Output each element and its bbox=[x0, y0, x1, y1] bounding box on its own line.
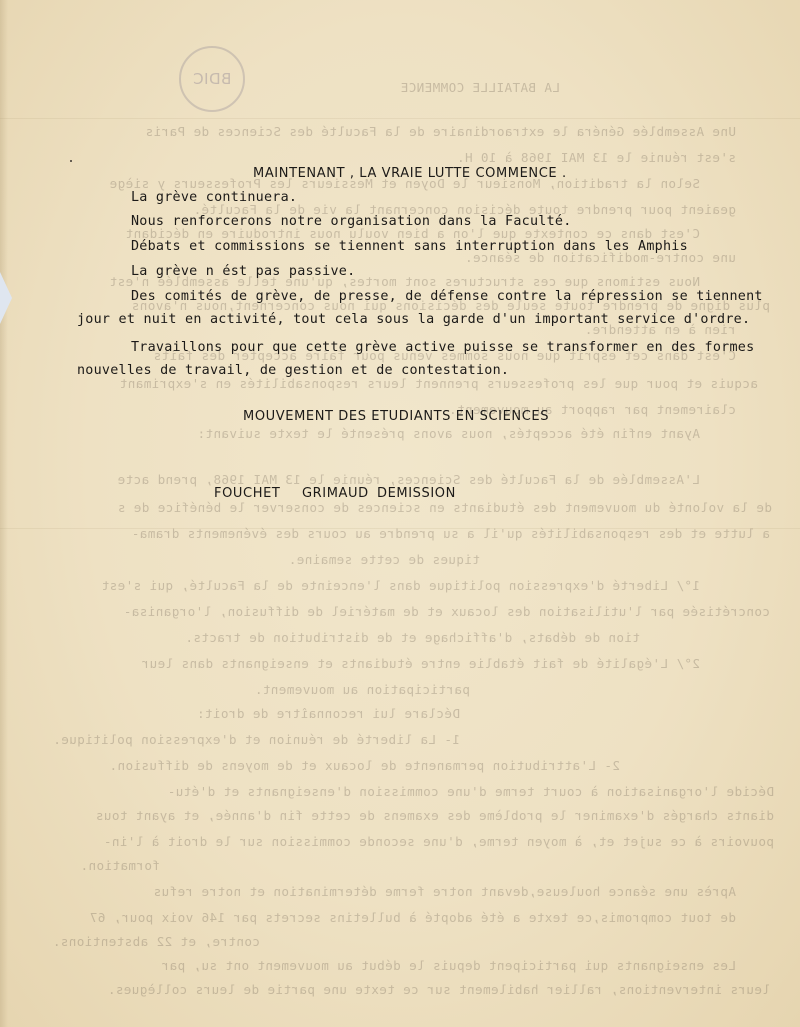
paper-crease bbox=[0, 118, 800, 119]
bleed-line: 2°/ L'égalité de fait établie entre étud… bbox=[141, 656, 700, 671]
bleed-line: tiques de cette semaine. bbox=[288, 552, 480, 567]
document-title: MAINTENANT , LA VRAIE LUTTE COMMENCE . bbox=[253, 166, 567, 181]
bleed-line: contre, et 22 abstentions. bbox=[52, 934, 260, 949]
paragraph: Nous renforcerons notre organisation dan… bbox=[131, 214, 572, 229]
bleed-line: 1- La liberté de réunion et d'expression… bbox=[53, 732, 460, 747]
bleed-line: de la volonté du mouvement des étudiants… bbox=[117, 500, 772, 515]
bleed-line: Les enseignants qui participent depuis l… bbox=[161, 958, 736, 973]
bleed-line: 1°/ Liberté d'expression politique dans … bbox=[101, 578, 700, 593]
bdic-stamp-icon: BDIC bbox=[179, 46, 245, 112]
bleed-line: pouvoirs à ce sujet et, à moyen terme, d… bbox=[104, 834, 775, 849]
paragraph: Des comités de grève, de presse, de défe… bbox=[131, 289, 763, 304]
bleed-line: tion de débats, d'affichage et de distri… bbox=[185, 630, 640, 645]
slogan-fouchet: FOUCHET bbox=[214, 486, 280, 501]
bleed-line: Déclare lui reconnaître de droit: bbox=[197, 706, 460, 721]
bleed-line: concrétisée par l'utilisation des locaux… bbox=[123, 604, 770, 619]
paragraph: Travaillons pour que cette grève active … bbox=[131, 340, 754, 355]
reverse-side-bleed-through: LA BATAILLE COMMENCE Une Assemblée Génér… bbox=[0, 0, 800, 1027]
bleed-line: s'est réunie le 13 MAI 1968 à 10 H. bbox=[457, 150, 736, 165]
scanned-document-page: BDIC LA BATAILLE COMMENCE Une Assemblée … bbox=[0, 0, 800, 1027]
bleed-line: Après une séance houleuse,devant notre f… bbox=[153, 884, 736, 899]
bleed-line: participation au mouvement. bbox=[254, 682, 470, 697]
bleed-line: 2- L'attribution permanente de locaux et… bbox=[109, 758, 620, 773]
ink-speck bbox=[70, 160, 72, 162]
paragraph: Débats et commissions se tiennent sans i… bbox=[131, 239, 688, 254]
bleed-line: leurs interventions, rallier habilement … bbox=[107, 982, 770, 997]
bleed-heading: LA BATAILLE COMMENCE bbox=[400, 80, 560, 95]
paper-crease bbox=[0, 528, 800, 529]
bleed-line: diants chargés d'examiner le problème de… bbox=[96, 808, 774, 823]
page-edge-shadow bbox=[0, 0, 8, 1027]
paragraph: nouvelles de travail, de gestion et de c… bbox=[77, 363, 509, 378]
signature-line: MOUVEMENT DES ETUDIANTS EN SCIENCES bbox=[243, 409, 549, 424]
bleed-line: L'Assemblée de la Faculté des Sciences, … bbox=[117, 472, 700, 487]
slogan-grimaud: GRIMAUD bbox=[302, 486, 369, 501]
bleed-line: acquis et pour que les professeurs prenn… bbox=[119, 376, 758, 391]
paragraph: La grève continuera. bbox=[131, 190, 297, 205]
bleed-line: Décide l'organisation à court terme d'un… bbox=[167, 784, 774, 799]
bleed-line: formation. bbox=[80, 858, 160, 873]
bleed-line: Ayant enfin été acceptés, nous avons pré… bbox=[197, 426, 700, 441]
torn-edge bbox=[0, 272, 12, 324]
bleed-line: Une Assemblée Généra le extraordinaire d… bbox=[145, 124, 736, 139]
bleed-line: de tout compromis,ce texte a été adopté … bbox=[89, 910, 736, 925]
paragraph: La grève n ést pas passive. bbox=[131, 264, 355, 279]
stamp-text: BDIC bbox=[193, 70, 232, 88]
slogan-demission: DEMISSION bbox=[377, 486, 456, 501]
paragraph: jour et nuit en activité, tout cela sous… bbox=[77, 312, 750, 327]
